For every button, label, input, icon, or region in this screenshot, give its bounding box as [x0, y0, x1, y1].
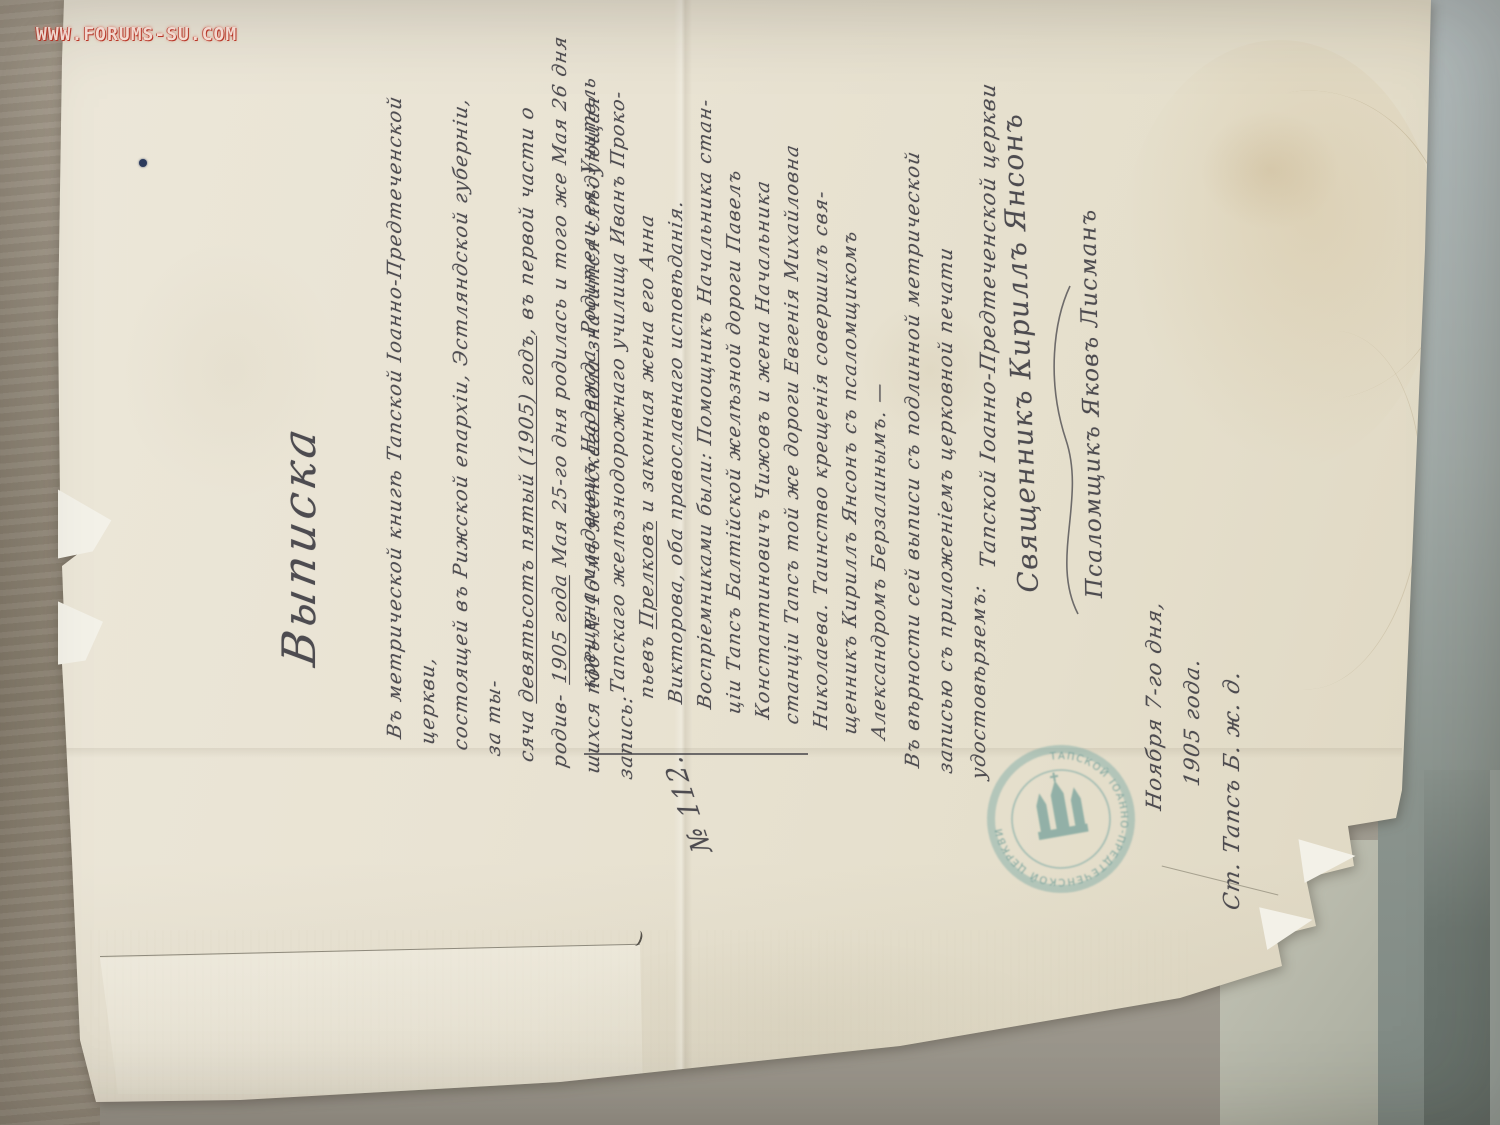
paper-sheet: Выписка Въ метрической книгѣ Тапской Іоа… — [0, 0, 1500, 1125]
church-seal-stamp: ТАПСКОЙ ІОАННО-ПРЕДТЕЧЕНСКОЙ ЦЕРКВИ — [965, 723, 1157, 915]
text-line: пьевъ Прелковъ и законная жена его Анна — [633, 46, 662, 701]
document-title: Выписка — [272, 0, 326, 1090]
watermark-text: WWW.FORUMS-SU.COM — [36, 24, 237, 45]
photo-canvas: Выписка Въ метрической книгѣ Тапской Іоа… — [0, 0, 1500, 1125]
text-line: состоящей въ Рижской епархіи, Эстляндско… — [444, 67, 510, 759]
text-line: щенникъ Кириллъ Янсонъ съ псаломщикомъ — [836, 82, 865, 737]
date-line-2: 1905 года. — [1180, 656, 1204, 788]
record-paragraph: 1905 года Мая 25-го дня родилась и того … — [546, 31, 894, 742]
text-line: Въ метрической книгѣ Тапской Іоанно-Пред… — [378, 55, 444, 747]
seal-church-icon — [1028, 768, 1088, 840]
text-line: Александромъ Берзалинымъ. — — [865, 87, 894, 742]
text-line: Константиновичъ Чижовъ и жена Начальника — [749, 66, 778, 721]
text-line: станціи Тапсъ той же дороги Евгенія Миха… — [778, 72, 807, 727]
text-line: Николаева. Таинство крещенія совершилъ с… — [807, 77, 836, 732]
text-line: ціи Тапсъ Балтійской желѣзной дороги Пав… — [720, 61, 749, 716]
signature-psalmist: Псаломщикъ Яковъ Лисманъ — [1075, 208, 1108, 598]
margin-rule — [584, 753, 808, 755]
date-line-1: Ноября 7-го дня, — [1142, 599, 1166, 812]
text-line: Викторова, оба православнаго исповѣданія… — [662, 51, 691, 706]
paper-sheet-wrapper: Выписка Въ метрической книгѣ Тапской Іоа… — [0, 0, 1500, 1125]
document-content: Выписка Въ метрической книгѣ Тапской Іоа… — [60, 10, 1430, 1090]
date-line-3: Ст. Тапсъ Б. ж. д. — [1220, 668, 1245, 912]
text-line: Въ вѣрности сей выписи съ подлинной метр… — [896, 85, 929, 771]
signature-priest: Священникъ Кириллъ Янсонъ — [995, 113, 1045, 594]
text-line: Тапскаго желѣзнодорожнаго училища Иванъ … — [604, 41, 633, 696]
text-line: крещена младенецъ Надежда. Родители ея: … — [575, 36, 604, 691]
margin-record-number: № 112. — [656, 754, 719, 855]
text-line: Воспріемниками были: Помощникъ Начальник… — [691, 56, 720, 711]
text-line: 1905 года Мая 25-го дня родилась и того … — [546, 31, 575, 686]
